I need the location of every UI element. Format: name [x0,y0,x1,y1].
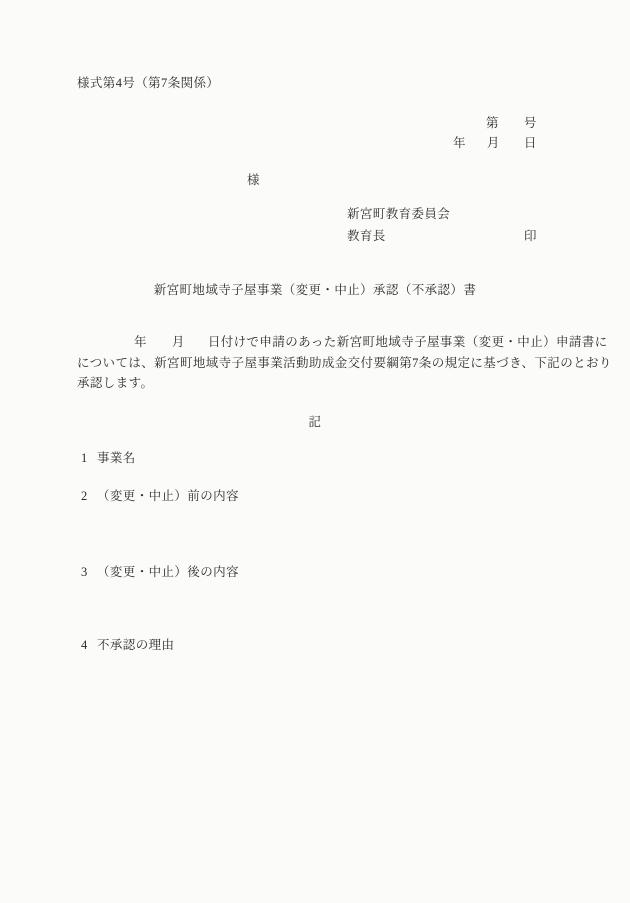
item-3-number: 3 [81,565,89,581]
addressee-honorific: 様 [247,173,260,189]
body-paragraph-line-1: 年月日付けで申請のあった新宮町地域寺子屋事業（変更・中止）申請書に [77,335,608,351]
body-line1-text: 日付けで申請のあった新宮町地域寺子屋事業（変更・中止）申請書に [208,335,608,349]
list-item-1: 1事業名 [81,451,136,467]
body-paragraph-line-3: 承認します。 [77,376,153,392]
record-heading: 記 [0,415,630,431]
list-item-4: 4不承認の理由 [81,638,174,654]
item-2-number: 2 [81,489,89,505]
date-day-label: 日 [524,136,537,150]
body-year-label: 年 [134,335,147,349]
sender-title: 教育長 [347,229,386,245]
date-year-label: 年 [453,136,466,150]
document-title: 新宮町地域寺子屋事業（変更・中止）承認（不承認）書 [0,283,630,299]
doc-number-line: 第号 [486,116,537,132]
body-paragraph-line-2: については、新宮町地域寺子屋事業活動助成金交付要綱第7条の規定に基づき、下記のと… [77,356,612,372]
item-1-label: 事業名 [97,451,136,465]
sender-organization: 新宮町教育委員会 [347,207,450,223]
seal-placeholder: 印 [524,229,537,245]
item-4-number: 4 [81,638,89,654]
item-1-number: 1 [81,451,89,467]
date-line: 年月日 [453,136,537,152]
form-number: 様式第4号（第7条関係） [77,76,219,92]
item-4-label: 不承認の理由 [97,638,174,652]
item-3-label: （変更・中止）後の内容 [97,565,239,579]
list-item-3: 3（変更・中止）後の内容 [81,565,239,581]
document-page: 様式第4号（第7条関係） 第号 年月日 様 新宮町教育委員会 教育長 印 新宮町… [0,0,630,903]
doc-number-suffix: 号 [524,116,537,130]
date-month-label: 月 [487,136,500,150]
list-item-2: 2（変更・中止）前の内容 [81,489,239,505]
item-2-label: （変更・中止）前の内容 [97,489,239,503]
doc-number-prefix: 第 [486,116,499,130]
body-month-label: 月 [172,335,185,349]
